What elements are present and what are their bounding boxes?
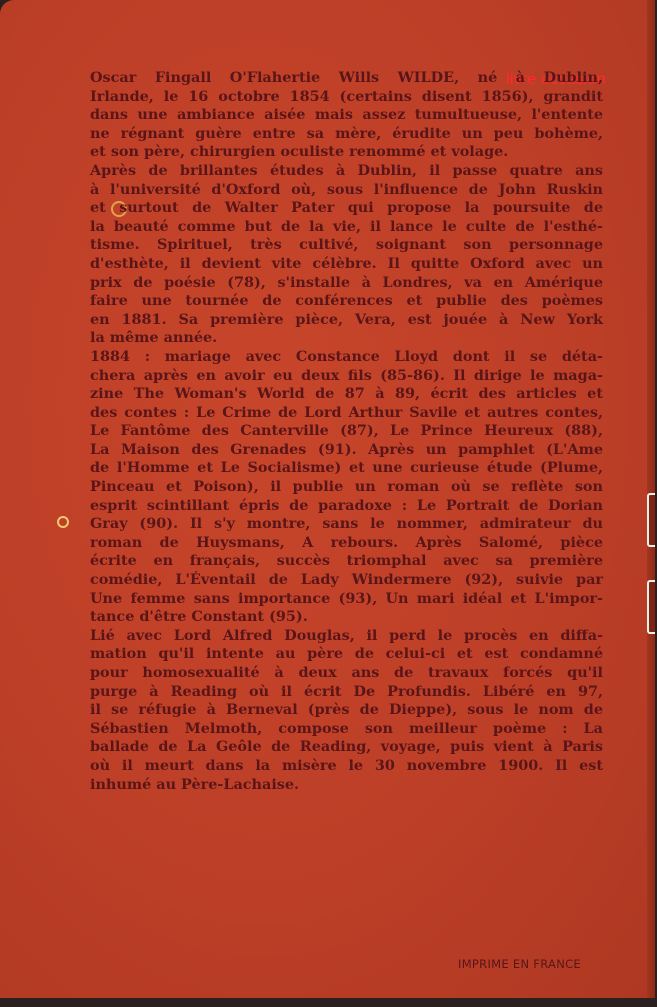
text-line: écrite en français, succès triomphal ave… <box>90 552 603 571</box>
printed-in-france-label: IMPRIME EN FRANCE <box>458 957 581 971</box>
text-line: Gray (90). Il s'y montre, sans le nommer… <box>90 515 603 534</box>
text-line: où il meurt dans la misère le 30 novembr… <box>90 757 603 776</box>
text-line: comédie, L'Éventail de Lady Windermere (… <box>90 571 603 590</box>
text-line: roman de Huysmans, A rebours. Après Salo… <box>90 534 603 553</box>
text-line: La Maison des Grenades (91). Après un pa… <box>90 441 603 460</box>
text-line: faire une tournée de conférences et publ… <box>90 292 603 311</box>
text-line: à l'université d'Oxford où, sous l'influ… <box>90 181 603 200</box>
text-line: chera après en avoir eu deux fils (85-86… <box>90 367 603 386</box>
text-line: d'esthète, il devient vite célèbre. Il q… <box>90 255 603 274</box>
text-line: Le Fantôme des Canterville (87), Le Prin… <box>90 422 603 441</box>
text-line: tance d'être Constant (95). <box>90 608 603 627</box>
text-line: zine The Woman's World de 87 à 89, écrit… <box>90 385 603 404</box>
text-line: il se réfugie à Berneval (près de Dieppe… <box>90 701 603 720</box>
text-line: la même année. <box>90 329 603 348</box>
text-line: Oscar Fingall O'Flahertie Wills WILDE, n… <box>90 69 603 88</box>
text-line: tisme. Spirituel, très cultivé, soignant… <box>90 236 603 255</box>
text-line: Pinceau et Poison), il publie un roman o… <box>90 478 603 497</box>
paragraph-birth: Oscar Fingall O'Flahertie Wills WILDE, n… <box>90 69 603 162</box>
stain-spot <box>57 516 69 528</box>
text-line: prix de poésie (78), s'installe à Londre… <box>90 274 603 293</box>
edge-mark <box>647 580 655 634</box>
text-line: la beauté comme but de la vie, il lance … <box>90 218 603 237</box>
edge-mark <box>647 493 655 547</box>
text-line: et son père, chirurgien oculiste renommé… <box>90 143 603 162</box>
text-line: Lié avec Lord Alfred Douglas, il perd le… <box>90 627 603 646</box>
paragraph-works: 1884 : mariage avec Constance Lloyd dont… <box>90 348 603 627</box>
text-line: ballade de La Geôle de Reading, voyage, … <box>90 738 603 757</box>
text-line: de l'Homme et Le Socialisme) et une curi… <box>90 459 603 478</box>
text-line: inhumé au Père-Lachaise. <box>90 776 603 795</box>
text-line: et surtout de Walter Pater qui propose l… <box>90 199 603 218</box>
text-line: des contes : Le Crime de Lord Arthur Sav… <box>90 404 603 423</box>
text-line: en 1881. Sa première pièce, Vera, est jo… <box>90 311 603 330</box>
text-line: pour homosexualité à deux ans de travaux… <box>90 664 603 683</box>
paragraph-oxford: Après de brillantes études à Dublin, il … <box>90 162 603 348</box>
text-line: ne régnant guère entre sa mère, érudite … <box>90 125 603 144</box>
text-line: mation qu'il intente au père de celui-ci… <box>90 645 603 664</box>
text-line: purge à Reading où il écrit De Profundis… <box>90 683 603 702</box>
text-line: esprit scintillant épris de paradoxe : L… <box>90 497 603 516</box>
text-line: Une femme sans importance (93), Un mari … <box>90 590 603 609</box>
text-line: Après de brillantes études à Dublin, il … <box>90 162 603 181</box>
text-line: dans une ambiance aisée mais assez tumul… <box>90 106 603 125</box>
text-line: 1884 : mariage avec Constance Lloyd dont… <box>90 348 603 367</box>
paragraph-trial: Lié avec Lord Alfred Douglas, il perd le… <box>90 627 603 794</box>
text-line: Irlande, le 16 octobre 1854 (certains di… <box>90 88 603 107</box>
text-line: Sébastien Melmoth, compose son meilleur … <box>90 720 603 739</box>
author-biography: Oscar Fingall O'Flahertie Wills WILDE, n… <box>90 69 603 794</box>
